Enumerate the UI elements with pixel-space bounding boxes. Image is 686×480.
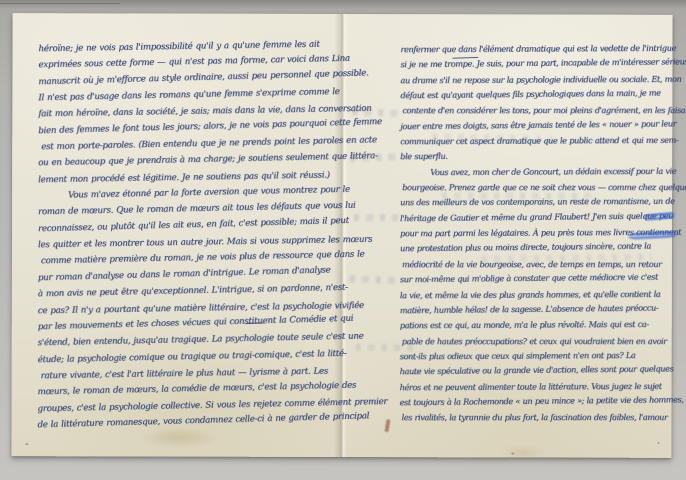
- handwritten-line: jouer entre mes doigts, sans être jamais…: [400, 116, 676, 134]
- handwritten-line: l'héritage de Gautier et même du grand F…: [400, 208, 676, 226]
- letter-sheet: héroïne; je ne vois pas l'impossibilité …: [11, 13, 672, 458]
- handwritten-line: haute vie spéculative ou la grande vie d…: [400, 361, 676, 379]
- paper-speck: [657, 442, 659, 444]
- handwritten-line: pations est ce qui, au monde, m'a le plu…: [400, 317, 676, 334]
- handwritten-line: les rivalités, la tyrannie du plus fort,…: [402, 410, 676, 426]
- scanned-letter-photo: { "scan": { "description": "Scan of a tw…: [0, 0, 686, 480]
- ink-bleed-texture: [354, 214, 398, 221]
- red-ink-fleck: [384, 419, 390, 432]
- handwritten-line: sur moi-même qui m'oblige à constater qu…: [400, 269, 676, 287]
- scanner-edge-line: [0, 3, 120, 4]
- paper-speck: [511, 452, 514, 454]
- left-page-text: héroïne; je ne vois pas l'impossibilité …: [37, 41, 360, 434]
- handwritten-line: est toujours à la Rochemonde « un peu mi…: [399, 392, 675, 410]
- handwritten-line: pable de hautes préoccupations? et ceux …: [402, 333, 676, 349]
- paper-speck: [25, 443, 28, 445]
- handwritten-line: ble superflu.: [400, 147, 676, 165]
- handwritten-line: défaut est qu'ayant quelques fils psycho…: [400, 85, 676, 103]
- handwritten-line: si je ne me trompe. Je suis, pour ma par…: [400, 55, 676, 73]
- scanner-edge-shadow: [0, 0, 686, 9]
- handwritten-line: matière, humble hélas! de la sagesse. L'…: [400, 300, 676, 318]
- handwritten-line-paragraph-start: Vous avez, mon cher de Goncourt, un déda…: [400, 163, 676, 180]
- handwritten-line: une protestation plus ou moins directe, …: [400, 239, 676, 257]
